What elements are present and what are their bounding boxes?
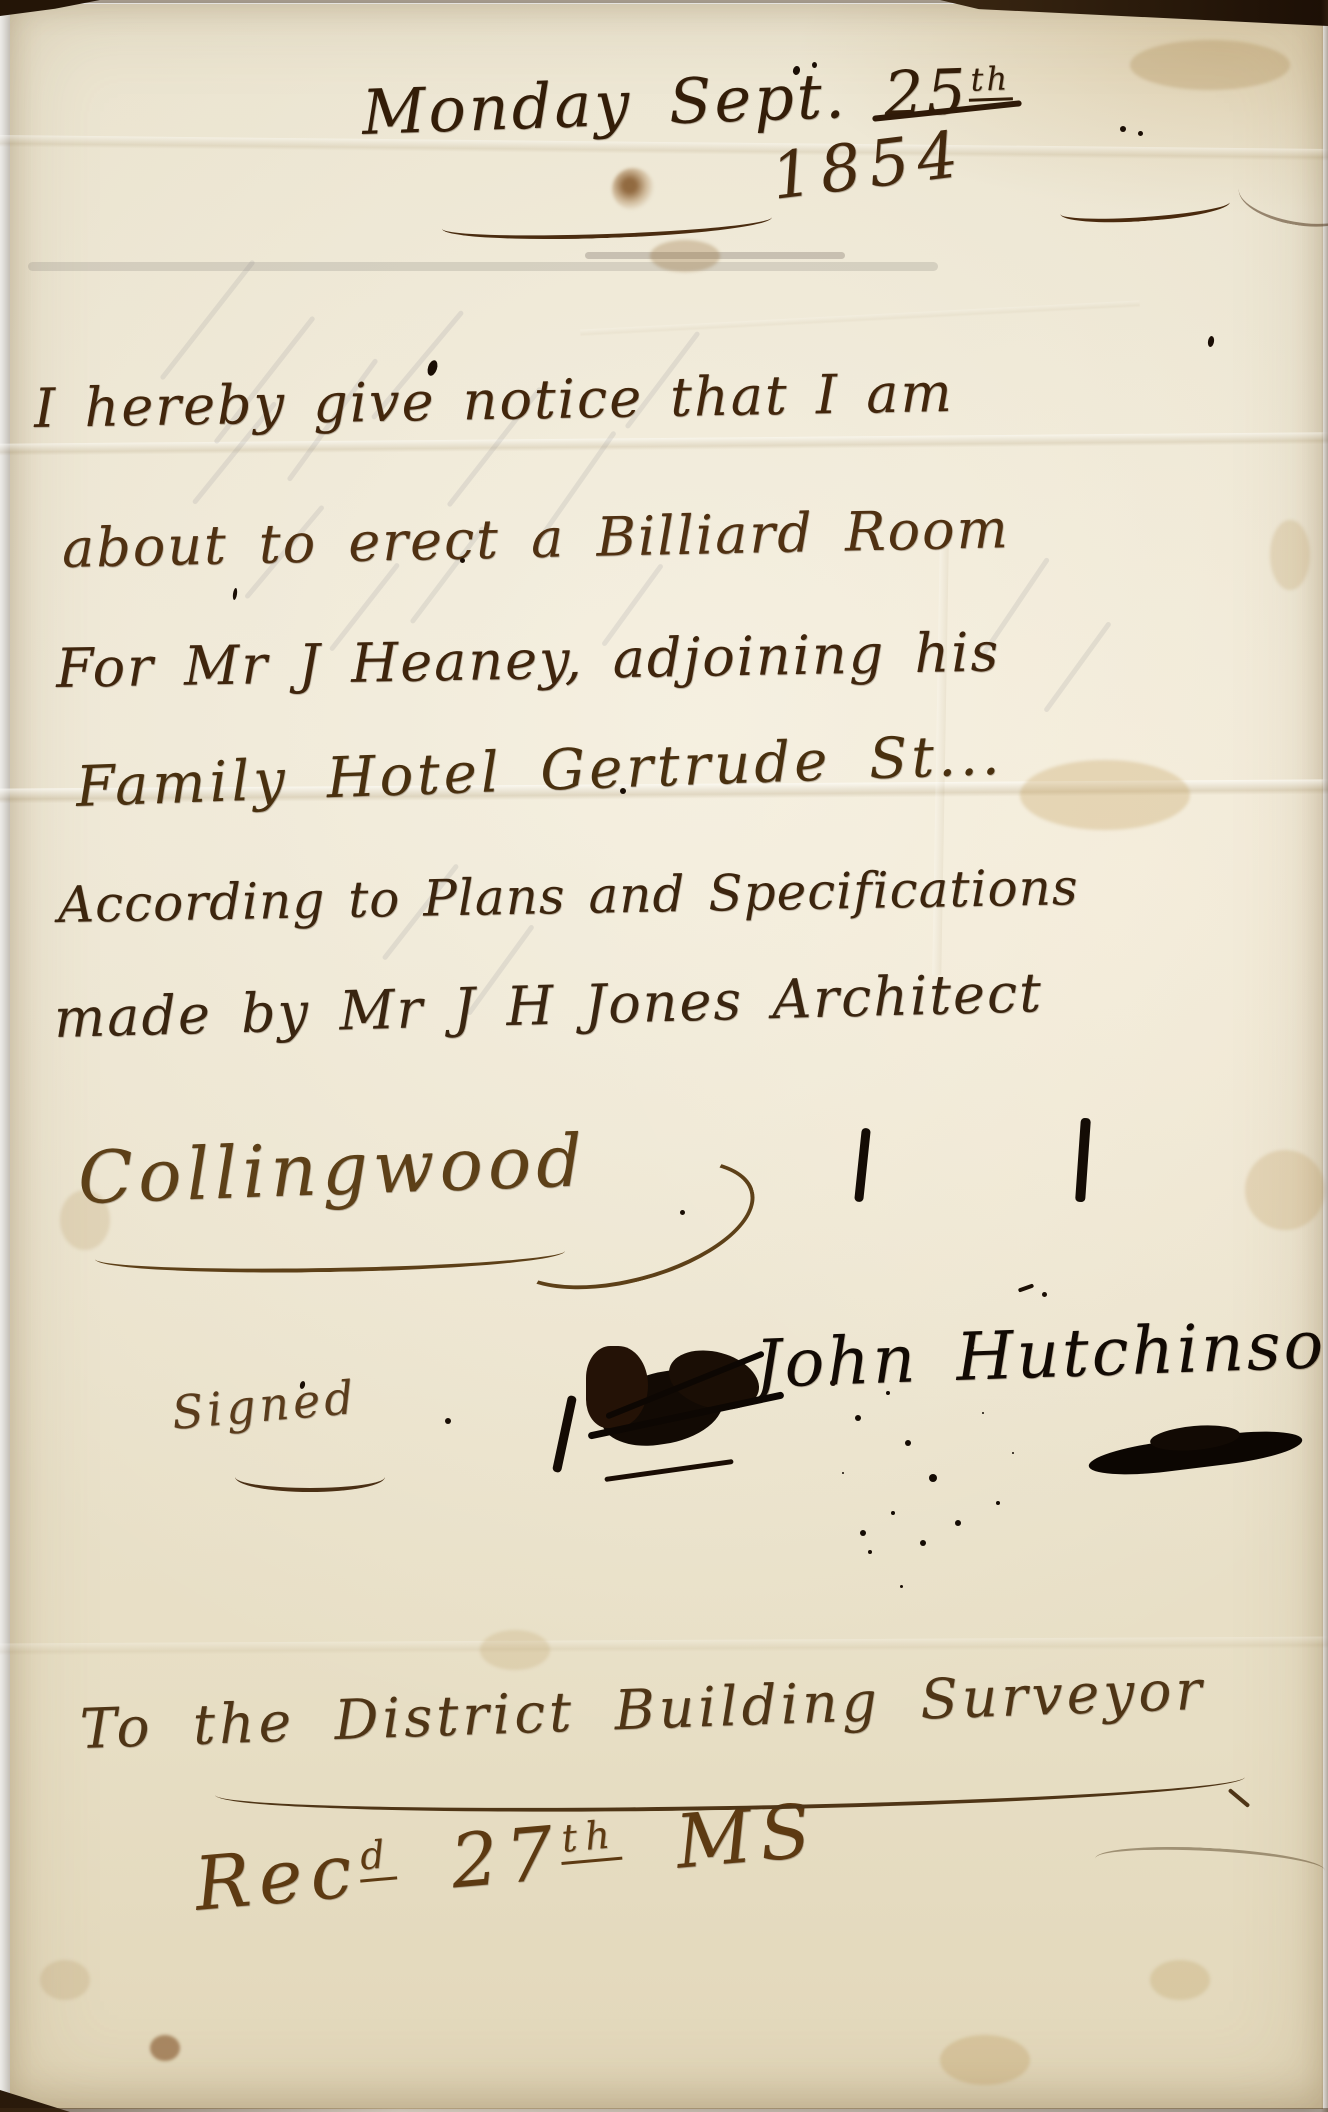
ink-fleck xyxy=(1138,131,1143,136)
ink-fleck xyxy=(1120,126,1126,132)
ink-fleck xyxy=(680,1210,685,1215)
ink-fleck xyxy=(868,1550,872,1554)
ink-fleck xyxy=(900,1585,903,1588)
age-stain xyxy=(1020,760,1190,830)
age-stain xyxy=(1245,1150,1325,1230)
ink-fleck xyxy=(1042,1292,1047,1297)
age-stain xyxy=(1150,1960,1210,2000)
signature: John Hutchinson xyxy=(754,1310,1328,1397)
age-stain xyxy=(650,240,720,272)
bleedthrough-smudge xyxy=(28,262,938,271)
received-part: 27 xyxy=(392,1810,565,1910)
received-sup: th xyxy=(558,1812,622,1865)
pen-flourish xyxy=(235,1462,385,1492)
ink-spatter xyxy=(830,1380,836,1386)
scanned-letter: Monday Sept. 25th 1854 I hereby give not… xyxy=(0,0,1328,2112)
ink-fleck xyxy=(460,558,465,563)
place-line: Collingwood xyxy=(77,1124,589,1214)
age-stain xyxy=(480,1630,550,1670)
age-stain xyxy=(940,2035,1030,2085)
ink-fleck xyxy=(812,62,817,68)
age-stain xyxy=(40,1960,90,2000)
scan-edge-bottom xyxy=(0,2108,1328,2112)
scan-edge-right xyxy=(1321,0,1328,2112)
body-line: For Mr J Heaney, adjoining his xyxy=(56,626,1001,696)
received-sup: d xyxy=(356,1832,397,1883)
age-stain xyxy=(1270,520,1310,590)
ink-fleck xyxy=(620,788,626,794)
received-part: Rec xyxy=(191,1828,363,1928)
body-line: I hereby give notice that I am xyxy=(34,366,955,436)
age-stain xyxy=(150,2035,180,2061)
ink-fleck xyxy=(445,1418,451,1424)
age-stain xyxy=(1130,40,1290,90)
age-stain xyxy=(612,168,654,210)
ordinal-suffix: th xyxy=(968,60,1013,103)
